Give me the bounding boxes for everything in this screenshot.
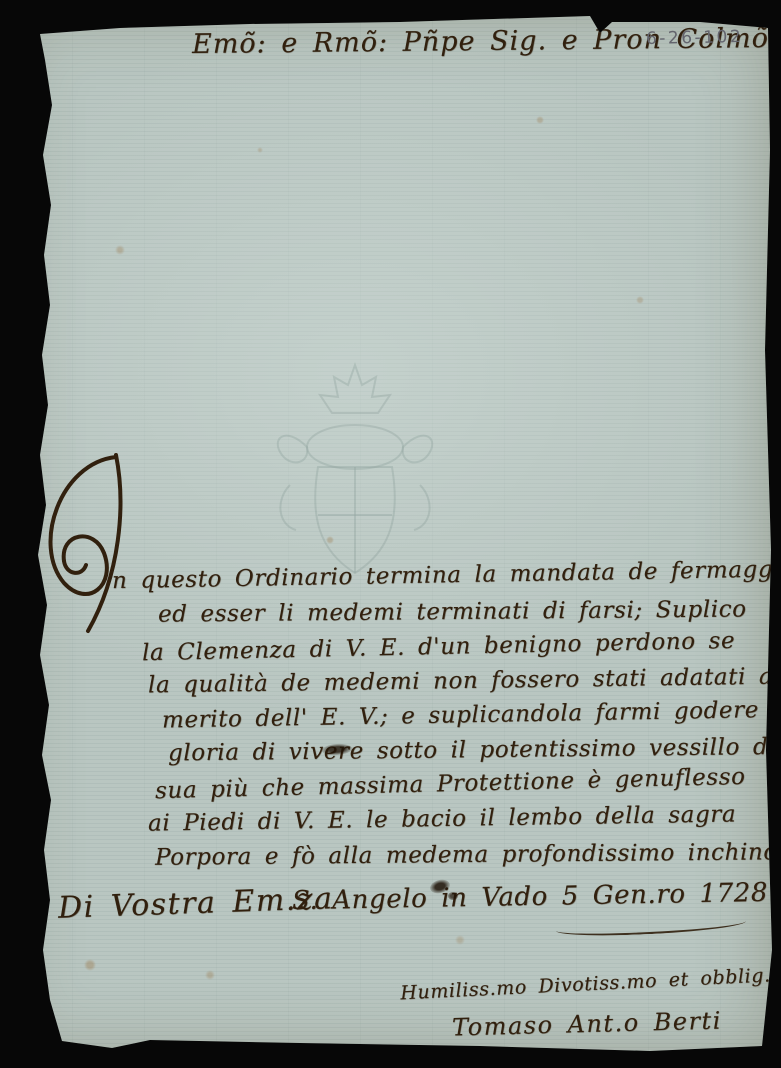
ink-blot [448, 892, 458, 900]
paper-sheet: Emõ: e Rmõ: Pñpe Sig. e Pron Colmõ 6-26-… [0, 0, 781, 1068]
body-line: la qualità de medemi non fossero stati a… [148, 664, 781, 699]
dateline: S. Angelo in Vado 5 Gen.ro 1728 [292, 878, 769, 916]
manuscript-photo: Emõ: e Rmõ: Pñpe Sig. e Pron Colmõ 6-26-… [0, 0, 781, 1068]
signature-name: Tomaso Ant.o Berti [452, 1006, 722, 1041]
crest-watermark-icon [230, 355, 480, 595]
body-line: merito dell' E. V.; e suplicandola farmi… [162, 696, 781, 733]
body-line: Porpora e fò alla medema profondissimo i… [155, 839, 778, 870]
body-line: ed esser li medemi terminati di farsi; S… [158, 596, 747, 627]
body-line: la Clemenza di V. E. d'un benigno perdon… [142, 628, 736, 666]
initial-flourish-icon [30, 445, 140, 645]
date-underline-flourish [556, 914, 747, 938]
catalog-number: 6-26-102 [646, 27, 744, 49]
signature-role-line: Humiliss.mo Divotiss.mo et obblig.mo Ser… [400, 958, 781, 1005]
body-line: gloria di vivere sotto il potentissimo v… [168, 734, 781, 767]
body-line: sua più che massima Protettione è genufl… [155, 764, 746, 804]
body-line: ai Piedi di V. E. le bacio il lembo dell… [148, 801, 737, 836]
